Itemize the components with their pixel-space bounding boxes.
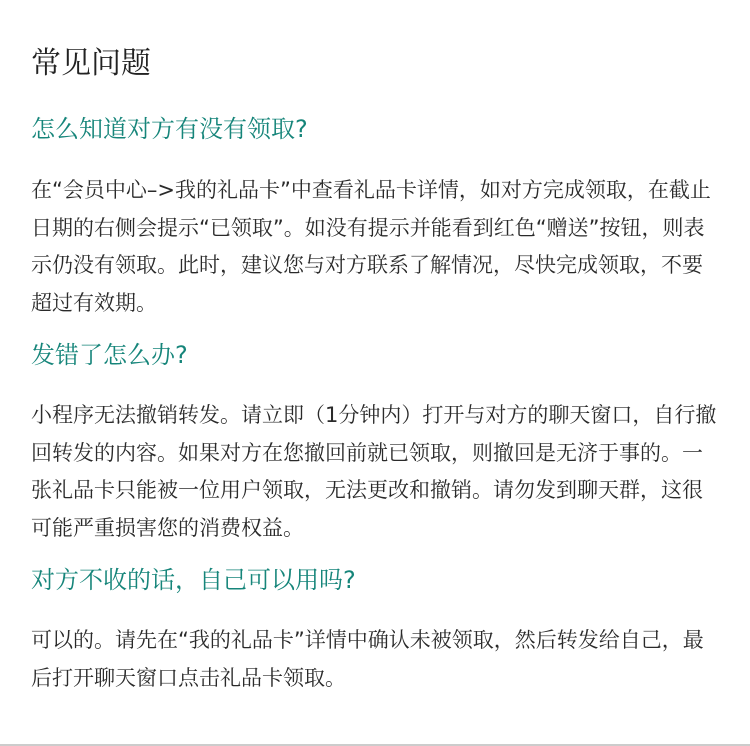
faq-answer-2: 小程序无法撤销转发。请立即（1分钟内）打开与对方的聊天窗口，自行撤回转发的内容。… [31,397,721,547]
faq-question-3: 对方不收的话，自己可以用吗? [31,563,356,597]
faq-question-1: 怎么知道对方有没有领取? [31,112,308,146]
faq-answer-1: 在“会员中心–>我的礼品卡”中查看礼品卡详情，如对方完成领取，在截止日期的右侧会… [31,172,721,322]
faq-answer-3: 可以的。请先在“我的礼品卡”详情中确认未被领取，然后转发给自己，最后打开聊天窗口… [31,622,721,697]
page-title: 常见问题 [31,44,151,84]
faq-page: 常见问题 怎么知道对方有没有领取? 在“会员中心–>我的礼品卡”中查看礼品卡详情… [0,0,750,744]
faq-question-2: 发错了怎么办? [31,338,188,372]
